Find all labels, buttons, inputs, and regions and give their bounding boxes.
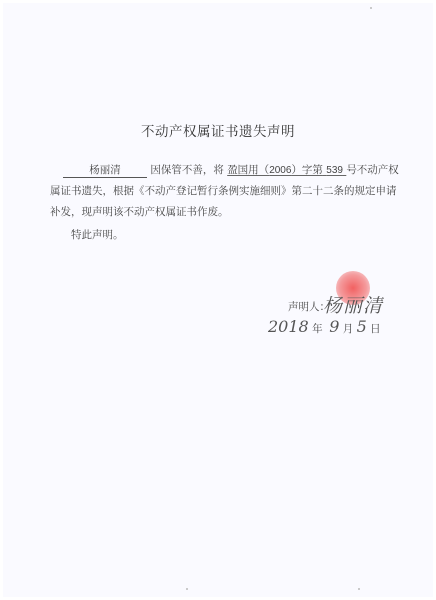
paragraph-line-3: 补发，现声明该不动产权属证书作废。 <box>50 205 229 219</box>
scan-speck <box>186 588 188 590</box>
date-month: 9 <box>329 317 339 336</box>
year-label: 年 <box>312 323 323 335</box>
closing-statement: 特此声明。 <box>71 228 124 242</box>
handwritten-signature: 杨丽清 <box>323 291 383 318</box>
certificate-number-field: 盈国用（2006）字第 539 <box>227 164 346 176</box>
text-segment: 号不动产权 <box>346 164 399 176</box>
month-label: 月 <box>343 323 354 335</box>
scan-speck <box>358 588 360 590</box>
document-title: 不动产权属证书遗失声明 <box>3 120 433 140</box>
paragraph-line-2: 属证书遗失，根据《不动产登记暂行条例实施细则》第二十二条的规定申请 <box>50 184 397 198</box>
date-year: 2018 <box>268 317 309 336</box>
document-page: 不动产权属证书遗失声明 杨丽清 因保管不善，将 盈国用（2006）字第 539 … <box>3 3 433 597</box>
date-day: 5 <box>357 317 367 336</box>
declaration-date: 2018 年 9 月 5 日 <box>268 317 381 336</box>
day-label: 日 <box>370 323 381 335</box>
scan-speck <box>370 7 372 9</box>
declarant-name-field: 杨丽清 <box>63 163 147 178</box>
paragraph-line-1: 杨丽清 因保管不善，将 盈国用（2006）字第 539 号不动产权 <box>63 163 399 178</box>
text-segment: 因保管不善，将 <box>150 164 224 176</box>
